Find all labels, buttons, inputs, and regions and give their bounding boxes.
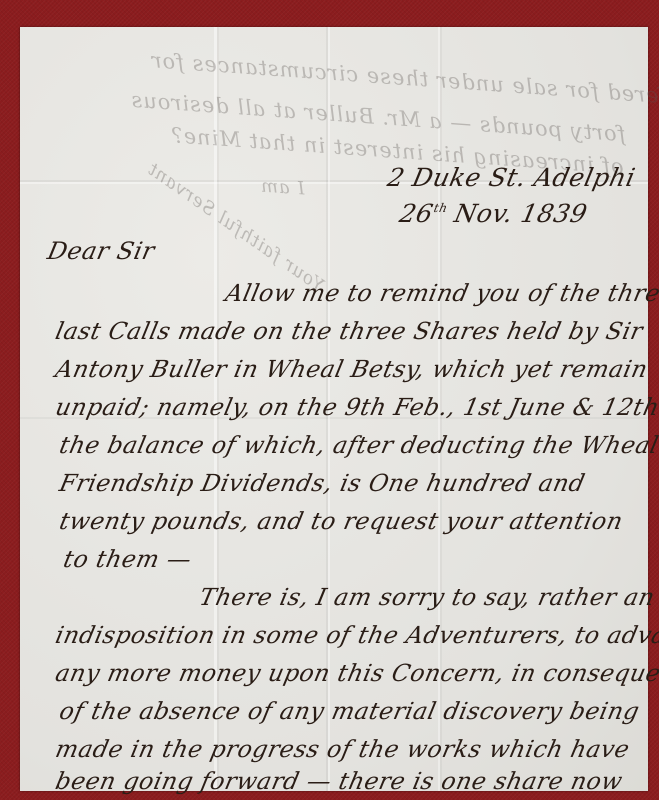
letter-page: offered for sale under these circumstanc… [20, 27, 648, 791]
body-line: made in the progress of the works which … [53, 735, 632, 763]
body-line: indisposition in some of the Adventurers… [53, 621, 659, 649]
body-line: any more money upon this Concern, in con… [53, 659, 659, 687]
date-day: 26 [397, 199, 436, 228]
body-line: to them — [61, 545, 194, 573]
body-line: twenty pounds, and to request your atten… [57, 507, 626, 535]
body-line: There is, I am sorry to say, rather an [197, 583, 658, 611]
body-line: Friendship Dividends, is One hundred and [57, 469, 588, 497]
date-suffix: th [432, 201, 449, 215]
body-line: unpaid; namely, on the 9th Feb., 1st Jun… [53, 393, 659, 421]
salutation: Dear Sir [45, 237, 157, 265]
body-line: been going forward — there is one share … [53, 767, 625, 795]
date-rest: Nov. 1839 [452, 199, 590, 228]
sender-address: 2 Duke St. Adelphi [385, 163, 638, 192]
body-line: Allow me to remind you of the three [223, 279, 659, 307]
body-line: of the absence of any material discovery… [57, 697, 642, 725]
body-line: last Calls made on the three Shares held… [53, 317, 646, 345]
bleed-through-line: I am [259, 175, 305, 199]
body-line: Antony Buller in Wheal Betsy, which yet … [53, 355, 650, 383]
letter-date: 26th Nov. 1839 [397, 199, 590, 228]
body-line: the balance of which, after deducting th… [57, 431, 659, 459]
